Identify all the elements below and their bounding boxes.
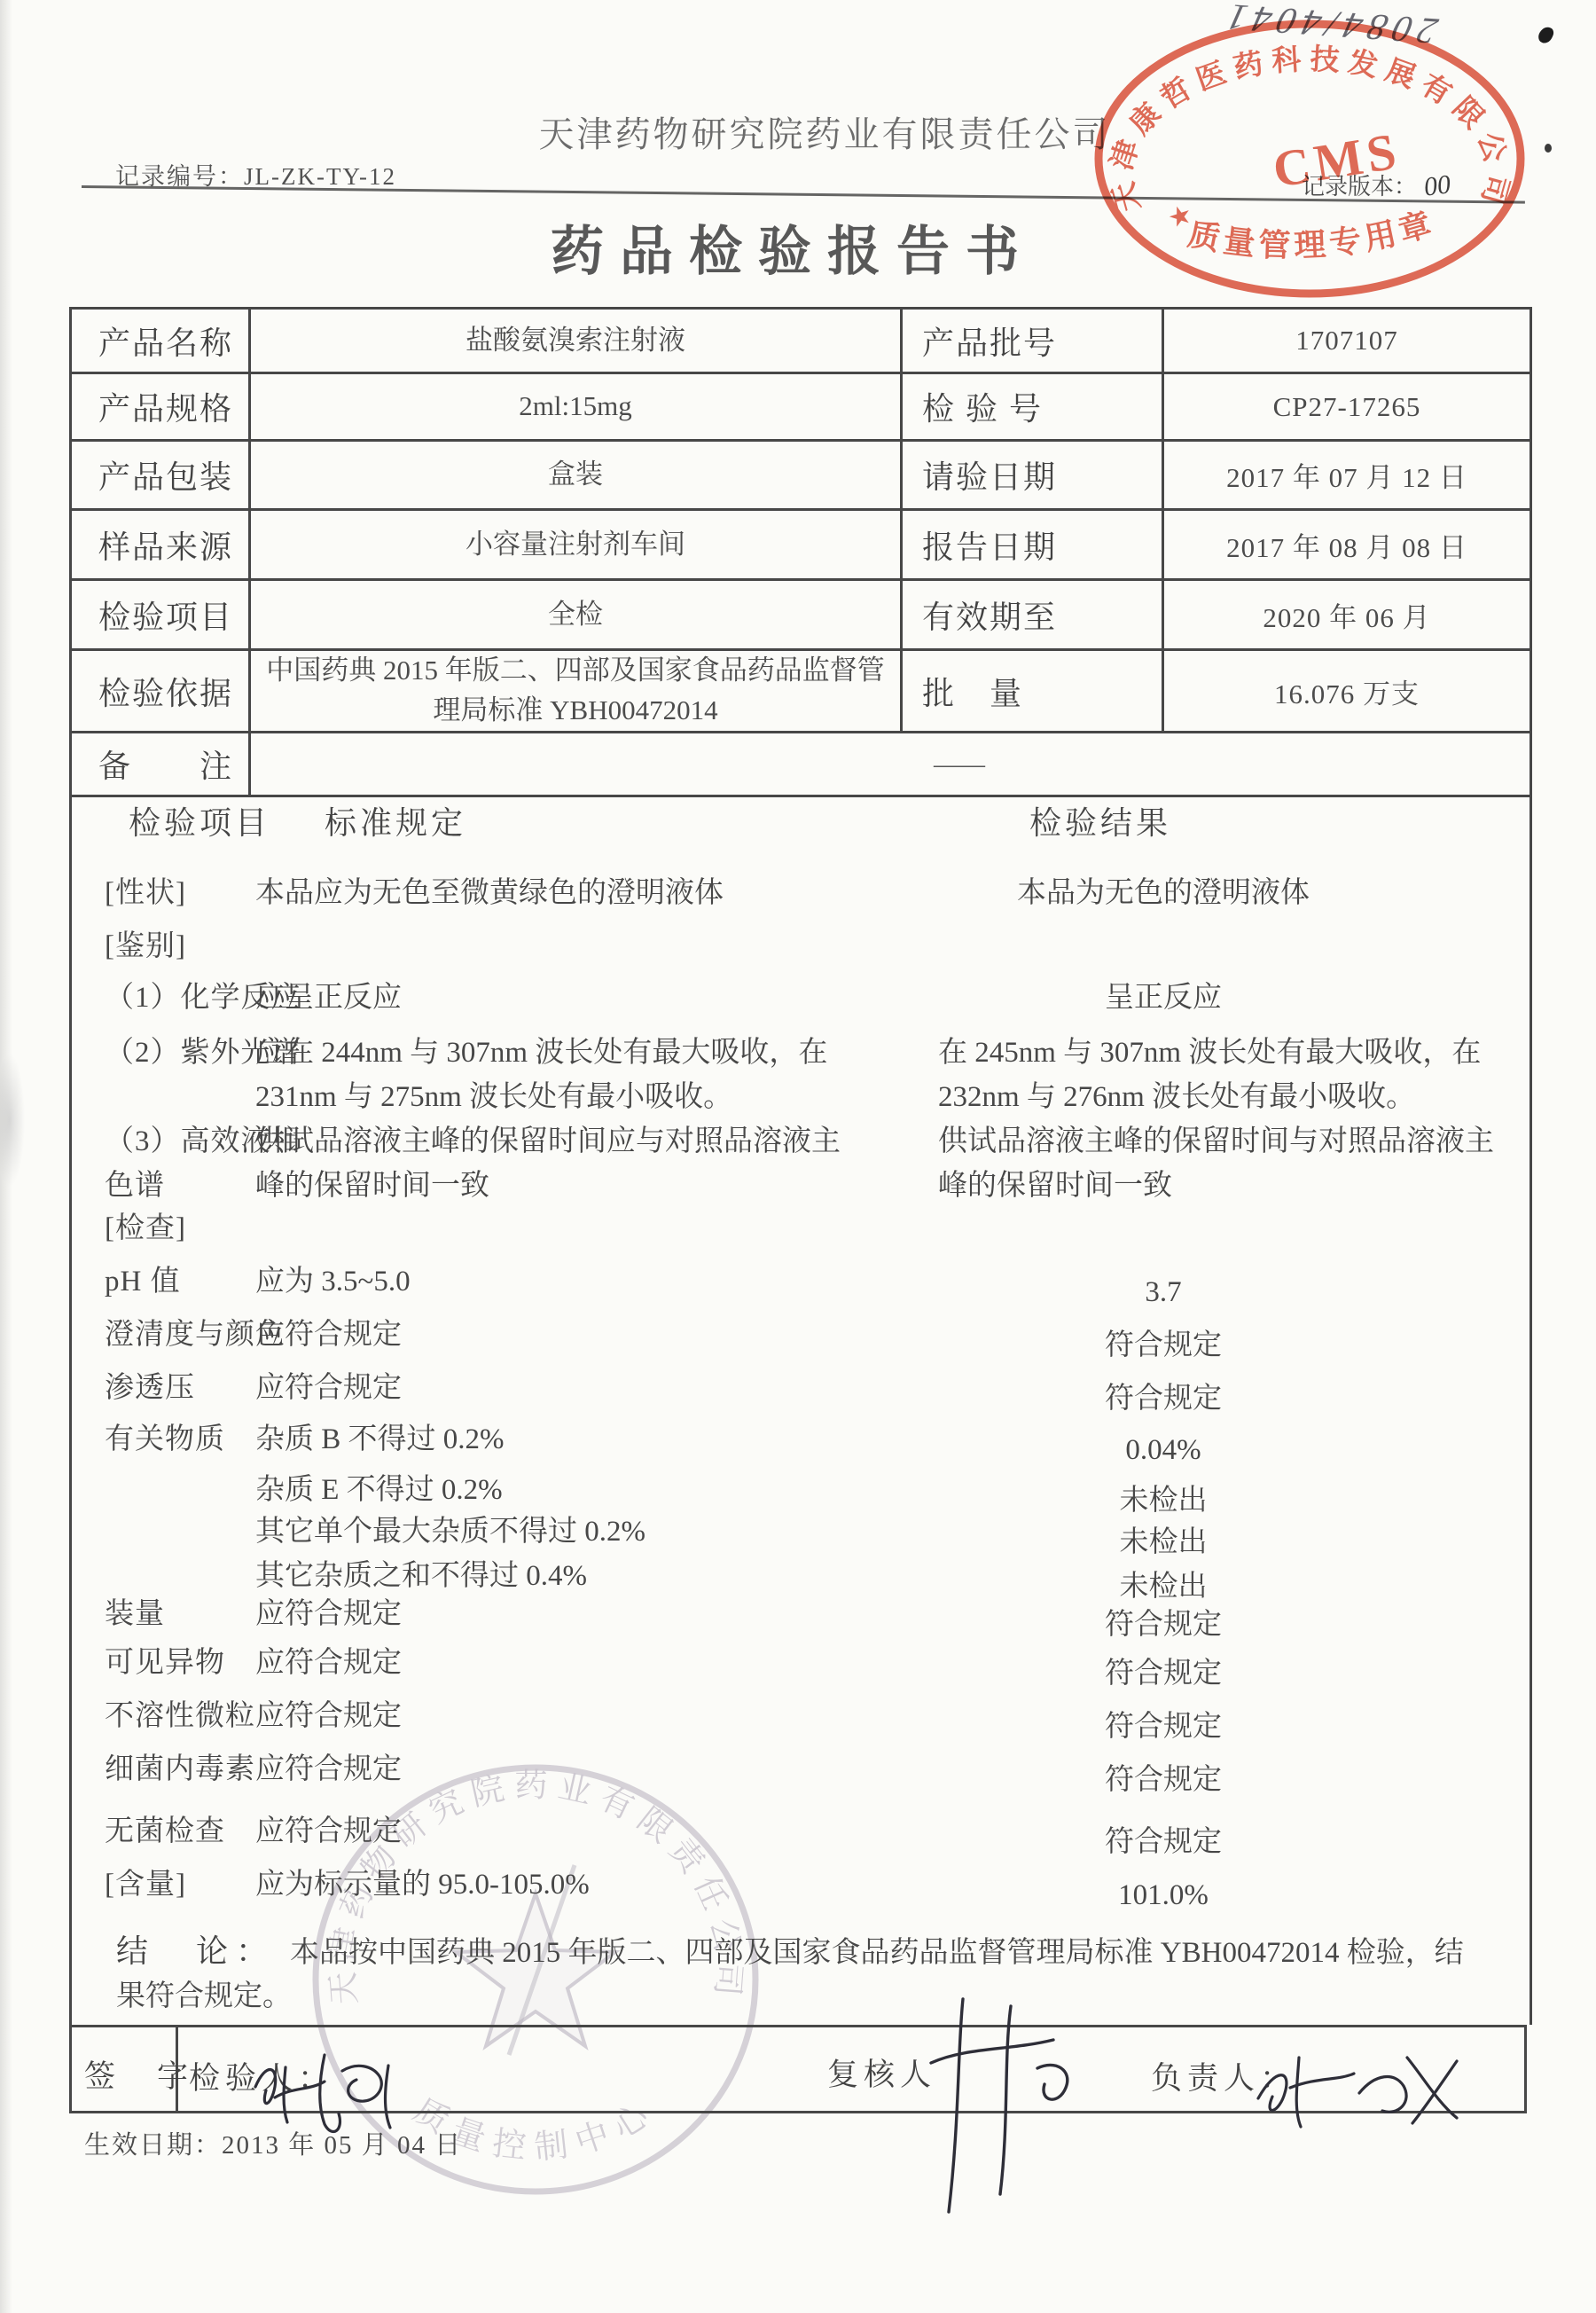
result-value: 符合规定 (938, 1651, 1513, 1696)
info-value: 盒装 (251, 442, 903, 511)
result-standard: 本品应为无色至微黄绿色的澄明液体 (255, 871, 851, 915)
stamp-center-text: CMS (1269, 122, 1404, 199)
info-label: 检验依据 (72, 651, 251, 733)
result-standard: 应为标示量的 95.0-105.0% (255, 1862, 851, 1907)
scan-blotch (0, 1054, 25, 1187)
info-label: 检 验 号 (903, 374, 1164, 442)
info-label: 产品包装 (72, 442, 251, 511)
info-value: 中国药典 2015 年版二、四部及国家食品药品监督管理局标准 YBH004720… (251, 651, 903, 733)
result-value: 符合规定 (938, 1758, 1513, 1802)
record-number-value: JL-ZK-TY-12 (244, 163, 396, 190)
note-value: —— (251, 733, 1529, 795)
info-label: 有效期至 (903, 581, 1164, 651)
principal-signature (1246, 2031, 1481, 2142)
info-value: 2017 年 07 月 12 日 (1164, 442, 1529, 511)
result-standard: 其它单个最大杂质不得过 0.2% (255, 1509, 851, 1554)
note-label: 备 注 (72, 733, 251, 795)
info-value: 全检 (251, 581, 903, 651)
info-value: 2ml:15mg (251, 374, 903, 442)
reviewer-signature (904, 1988, 1099, 2226)
result-standard: 应符合规定 (255, 1694, 851, 1738)
info-value: 小容量注射剂车间 (251, 511, 903, 581)
product-info-table: 产品名称盐酸氨溴索注射液产品批号1707107产品规格2ml:15mg检 验 号… (69, 307, 1532, 797)
result-value: 在 245nm 与 307nm 波长处有最大吸收，在 232nm 与 276nm… (938, 1031, 1513, 1119)
result-value: 符合规定 (938, 1820, 1513, 1864)
result-standard: 应符合规定 (255, 1641, 851, 1685)
result-value: 3.7 (938, 1270, 1513, 1314)
result-value: 101.0% (938, 1873, 1513, 1917)
info-value: 2020 年 06 月 (1164, 581, 1529, 651)
info-label: 请验日期 (903, 442, 1164, 511)
result-value: 供试品溶液主峰的保留时间与对照品溶液主峰的保留时间一致 (938, 1119, 1513, 1208)
result-value: 符合规定 (938, 1323, 1513, 1368)
info-value: 2017 年 08 月 08 日 (1164, 511, 1529, 581)
info-label: 产品名称 (72, 310, 251, 374)
info-value: 16.076 万支 (1164, 651, 1529, 733)
result-value: 符合规定 (938, 1376, 1513, 1421)
results-header-result: 检验结果 (958, 798, 1242, 843)
info-value: 盐酸氨溴索注射液 (251, 310, 903, 374)
result-value: 符合规定 (938, 1705, 1513, 1749)
result-value: 0.04% (938, 1428, 1513, 1472)
signature-label: 签 字 (84, 2052, 193, 2097)
results-header-standard: 标准规定 (285, 798, 506, 843)
conclusion-text: 本品按中国药典 2015 年版二、四部及国家食品药品监督管理局标准 YBH004… (116, 1937, 1464, 2012)
result-standard: 杂质 E 不得过 0.2% (255, 1468, 851, 1512)
result-value: 未检出 (938, 1478, 1513, 1523)
result-item: [鉴别] (105, 924, 331, 968)
info-label: 报告日期 (903, 511, 1164, 581)
svg-text:质量管理专用章: 质量管理专用章 (1185, 204, 1439, 263)
result-item: [检查] (105, 1206, 331, 1251)
result-standard: 应在 244nm 与 307nm 波长处有最大吸收，在 231nm 与 275n… (255, 1031, 851, 1119)
stamp-banner-text: 质量管理专用章 (1185, 204, 1439, 263)
info-value: 1707107 (1164, 310, 1529, 374)
info-label: 样品来源 (72, 511, 251, 581)
result-standard: 应符合规定 (255, 1747, 851, 1792)
info-label: 产品规格 (72, 374, 251, 442)
info-label: 产品批号 (903, 310, 1164, 374)
result-standard: 供试品溶液主峰的保留时间应与对照品溶液主峰的保留时间一致 (255, 1119, 851, 1208)
result-standard: 应符合规定 (255, 1809, 851, 1854)
result-standard: 应符合规定 (255, 1366, 851, 1410)
info-value: CP27-17265 (1164, 374, 1529, 442)
results-header-item: 检验项目 (129, 798, 270, 843)
result-value: 未检出 (938, 1520, 1513, 1564)
ink-speck (1537, 25, 1556, 46)
info-label: 批 量 (903, 651, 1164, 733)
conclusion-label: 结 论： (116, 1933, 276, 1969)
cms-red-stamp: 天津康哲医药科技发展有限公司 CMS 质量管理专用章 ★ (1092, 18, 1529, 302)
result-value: 符合规定 (938, 1603, 1513, 1647)
conclusion: 结 论：本品按中国药典 2015 年版二、四部及国家食品药品监督管理局标准 YB… (116, 1930, 1475, 2019)
results-table: 检验项目 标准规定 检验结果 [性状]本品应为无色至微黄绿色的澄明液体本品为无色… (69, 792, 1532, 2025)
result-standard: 应为 3.5~5.0 (255, 1259, 851, 1304)
effective-date-label: 生效日期： (84, 2131, 222, 2160)
inspection-report-page: 2084/4041 天津药物研究院药业有限责任公司 质量控制中心 天津药物研究院… (0, 0, 1596, 2313)
inspector-signature (239, 2035, 426, 2137)
result-value: 本品为无色的澄明液体 (938, 871, 1513, 915)
result-standard: 应符合规定 (255, 1313, 851, 1357)
result-value: 呈正反应 (938, 976, 1513, 1020)
result-standard: 应呈正反应 (255, 976, 851, 1020)
info-label: 检验项目 (72, 581, 251, 651)
result-standard: 应符合规定 (255, 1592, 851, 1636)
result-standard: 杂质 B 不得过 0.2% (255, 1417, 851, 1462)
